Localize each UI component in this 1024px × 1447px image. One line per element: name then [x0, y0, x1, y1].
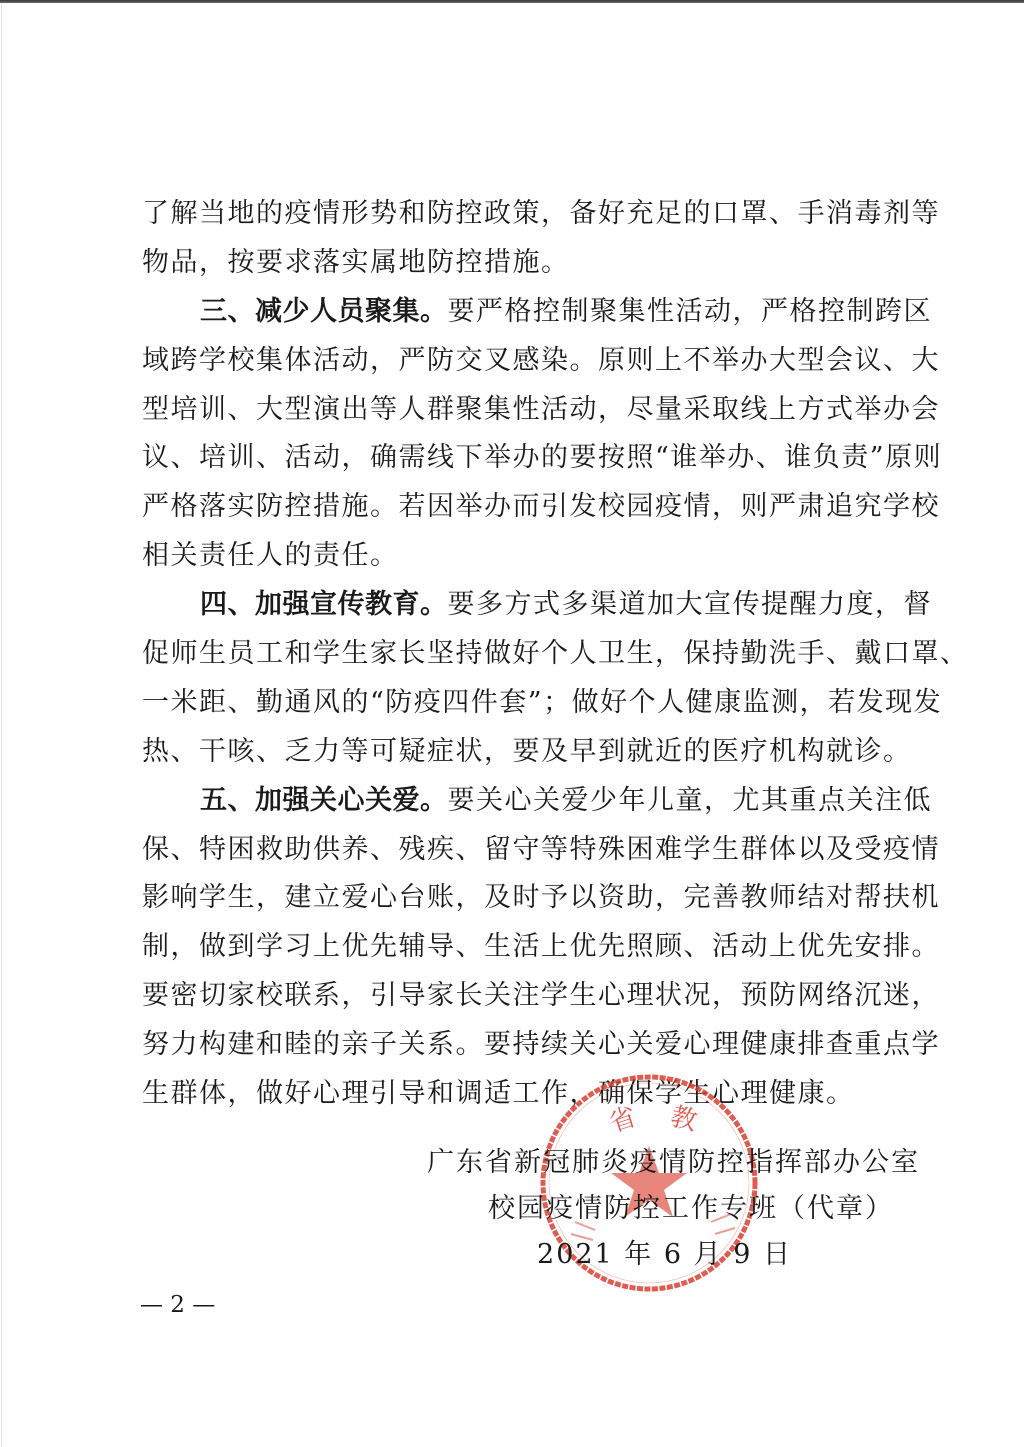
body-line: 物品，按要求落实属地防控措施。 — [142, 239, 902, 288]
issue-date: 2021 年 6 月 9 日 — [400, 1232, 920, 1278]
scan-border-left — [1, 3, 2, 1447]
body-line: 制，做到学习上优先辅导、生活上优先照顾、活动上优先安排。 — [142, 923, 902, 972]
signature-block: 广东省新冠肺炎疫情防控指挥部办公室 校园疫情防控工作专班（代章） 2021 年 … — [400, 1140, 920, 1278]
section-heading: 五、加强关心关爱。 — [200, 785, 448, 816]
body-line: 促师生员工和学生家长坚持做好个人卫生，保持勤洗手、戴口罩、 — [142, 630, 902, 679]
body-line: 相关责任人的责任。 — [142, 532, 902, 581]
page-number: — 2 — — [140, 1290, 215, 1320]
section-4-first-line: 四、加强宣传教育。要多方式多渠道加大宣传提醒力度，督 — [142, 581, 902, 630]
body-line: 了解当地的疫情形势和防控政策，备好充足的口罩、手消毒剂等 — [142, 190, 902, 239]
section-heading: 四、加强宣传教育。 — [200, 589, 448, 620]
section-5-first-line: 五、加强关心关爱。要关心关爱少年儿童，尤其重点关注低 — [142, 777, 902, 826]
scan-border-top — [0, 0, 1024, 3]
body-line: 保、特困救助供养、残疾、留守等特殊困难学生群体以及受疫情 — [142, 826, 902, 875]
section-text: 要严格控制聚集性活动，严格控制跨区 — [448, 296, 933, 327]
section-text: 要关心关爱少年儿童，尤其重点关注低 — [448, 785, 933, 816]
body-line: 议、培训、活动，确需线下举办的要按照“谁举办、谁负责”原则 — [142, 434, 902, 483]
body-line: 热、干咳、乏力等可疑症状，要及早到就近的医疗机构就诊。 — [142, 728, 902, 777]
body-line: 一米距、勤通风的“防疫四件套”；做好个人健康监测，若发现发 — [142, 679, 902, 728]
section-3-first-line: 三、减少人员聚集。要严格控制聚集性活动，严格控制跨区 — [142, 288, 902, 337]
body-line: 生群体，做好心理引导和调适工作，确保学生心理健康。 — [142, 1070, 902, 1119]
body-line: 影响学生，建立爱心台账，及时予以资助，完善教师结对帮扶机 — [142, 874, 902, 923]
document-body: 了解当地的疫情形势和防控政策，备好充足的口罩、手消毒剂等 物品，按要求落实属地防… — [142, 190, 902, 1119]
issuing-organization: 广东省新冠肺炎疫情防控指挥部办公室 — [400, 1140, 920, 1186]
body-line: 努力构建和睦的亲子关系。要持续关心关爱心理健康排查重点学 — [142, 1021, 902, 1070]
body-line: 严格落实防控措施。若因举办而引发校园疫情，则严肃追究学校 — [142, 483, 902, 532]
body-line: 要密切家校联系，引导家长关注学生心理状况，预防网络沉迷， — [142, 972, 902, 1021]
section-heading: 三、减少人员聚集。 — [200, 296, 448, 327]
issuing-department: 校园疫情防控工作专班（代章） — [400, 1186, 920, 1232]
body-line: 型培训、大型演出等人群聚集性活动，尽量采取线上方式举办会 — [142, 386, 902, 435]
section-text: 要多方式多渠道加大宣传提醒力度，督 — [448, 589, 933, 620]
body-line: 域跨学校集体活动，严防交叉感染。原则上不举办大型会议、大 — [142, 337, 902, 386]
